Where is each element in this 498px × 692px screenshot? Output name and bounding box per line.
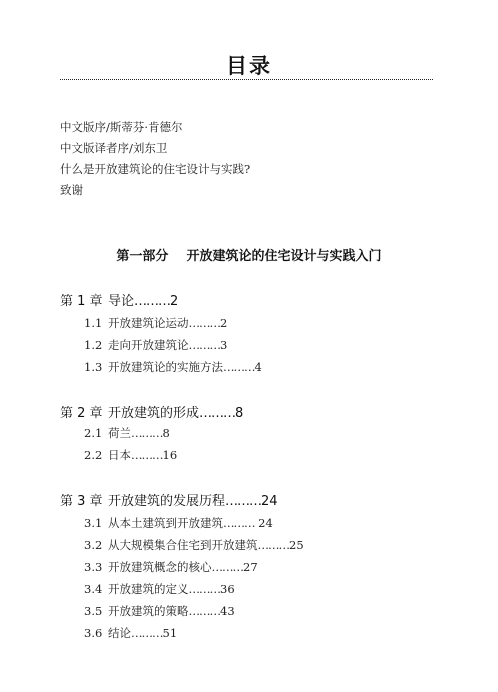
page-title: 目录 [0, 50, 498, 80]
part-title-text: 开放建筑论的住宅设计与实践入门 [187, 249, 382, 264]
dot-leader: ……… [258, 538, 290, 552]
dot-leader: ……… [189, 582, 221, 596]
section-number: 3.5 [84, 604, 108, 618]
dot-leader: ……… [212, 560, 244, 574]
section-entry: 3.3开放建筑概念的核心………27 [84, 559, 258, 575]
section-title: 开放建筑论运动 [108, 316, 189, 330]
section-entry: 1.3开放建筑论的实施方法………4 [84, 359, 262, 375]
chapter-title: 导论 [108, 294, 134, 309]
section-number: 3.2 [84, 538, 108, 552]
dot-leader: ……… [131, 448, 163, 462]
section-number: 2.1 [84, 426, 108, 440]
page-number: 3 [220, 338, 227, 352]
page-number: 27 [243, 560, 258, 574]
section-title: 开放建筑的定义 [108, 582, 189, 596]
section-title: 日本 [108, 448, 131, 462]
page-number: 43 [220, 604, 235, 618]
front-matter-item: 中文版序/斯蒂芬·肯德尔 [60, 117, 250, 138]
page-number: 25 [289, 538, 304, 552]
section-entry: 1.2走向开放建筑论………3 [84, 337, 227, 353]
section-entry: 2.1荷兰………8 [84, 425, 170, 441]
dot-leader: ……… [189, 604, 221, 618]
section-entry: 3.1从本土建筑到开放建筑……… 24 [84, 515, 273, 531]
part-heading: 第一部分 开放建筑论的住宅设计与实践入门 [0, 245, 498, 264]
section-number: 1.1 [84, 316, 108, 330]
part-label: 第一部分 [116, 249, 168, 264]
dot-leader: ……… [131, 626, 163, 640]
section-title: 结论 [108, 626, 131, 640]
section-title: 荷兰 [108, 426, 131, 440]
chapter-3-entry: 第 3 章开放建筑的发展历程………24 [60, 490, 278, 509]
section-number: 1.3 [84, 360, 108, 374]
section-number: 2.2 [84, 448, 108, 462]
section-entry: 3.6结论………51 [84, 625, 177, 641]
toc-page: 目录 中文版序/斯蒂芬·肯德尔 中文版译者序/刘东卫 什么是开放建筑论的住宅设计… [0, 0, 498, 692]
chapter-1-entry: 第 1 章导论………2 [60, 290, 178, 309]
page-number: 4 [255, 360, 262, 374]
page-number: 24 [261, 494, 278, 509]
chapter-title: 开放建筑的发展历程 [108, 494, 225, 509]
section-number: 3.3 [84, 560, 108, 574]
page-number: 16 [163, 448, 178, 462]
dot-leader: ……… [189, 316, 221, 330]
section-title: 从本土建筑到开放建筑 [108, 516, 223, 530]
section-entry: 3.2从大规模集合住宅到开放建筑………25 [84, 537, 304, 553]
page-number: 51 [163, 626, 178, 640]
dot-leader: ……… [225, 494, 261, 509]
section-number: 3.6 [84, 626, 108, 640]
dot-leader: ……… [223, 360, 255, 374]
section-entry: 2.2日本………16 [84, 447, 177, 463]
page-number: 36 [220, 582, 235, 596]
section-number: 3.4 [84, 582, 108, 596]
chapter-number: 第 1 章 [60, 290, 108, 309]
front-matter-list: 中文版序/斯蒂芬·肯德尔 中文版译者序/刘东卫 什么是开放建筑论的住宅设计与实践… [60, 117, 250, 201]
page-number: 8 [235, 406, 243, 421]
page-number: 2 [170, 294, 178, 309]
dot-leader: ……… [199, 406, 235, 421]
front-matter-item: 中文版译者序/刘东卫 [60, 138, 250, 159]
section-entry: 1.1开放建筑论运动………2 [84, 315, 227, 331]
section-entry: 3.4开放建筑的定义………36 [84, 581, 235, 597]
page-number: 2 [220, 316, 227, 330]
dot-leader: ……… [134, 294, 170, 309]
front-matter-item: 什么是开放建筑论的住宅设计与实践? [60, 159, 250, 180]
section-title: 开放建筑的策略 [108, 604, 189, 618]
dot-leader: ……… [189, 338, 221, 352]
section-title: 从大规模集合住宅到开放建筑 [108, 538, 258, 552]
dot-leader: ……… [223, 516, 255, 530]
page-number: 24 [255, 516, 273, 530]
section-number: 3.1 [84, 516, 108, 530]
page-number: 8 [163, 426, 170, 440]
chapter-title: 开放建筑的形成 [108, 406, 199, 421]
chapter-number: 第 3 章 [60, 490, 108, 509]
section-number: 1.2 [84, 338, 108, 352]
dot-leader: ……… [131, 426, 163, 440]
front-matter-item: 致谢 [60, 180, 250, 201]
chapter-2-entry: 第 2 章开放建筑的形成………8 [60, 402, 243, 421]
section-entry: 3.5开放建筑的策略………43 [84, 603, 235, 619]
dotted-divider [60, 79, 433, 80]
section-title: 开放建筑概念的核心 [108, 560, 212, 574]
section-title: 走向开放建筑论 [108, 338, 189, 352]
chapter-number: 第 2 章 [60, 402, 108, 421]
section-title: 开放建筑论的实施方法 [108, 360, 223, 374]
